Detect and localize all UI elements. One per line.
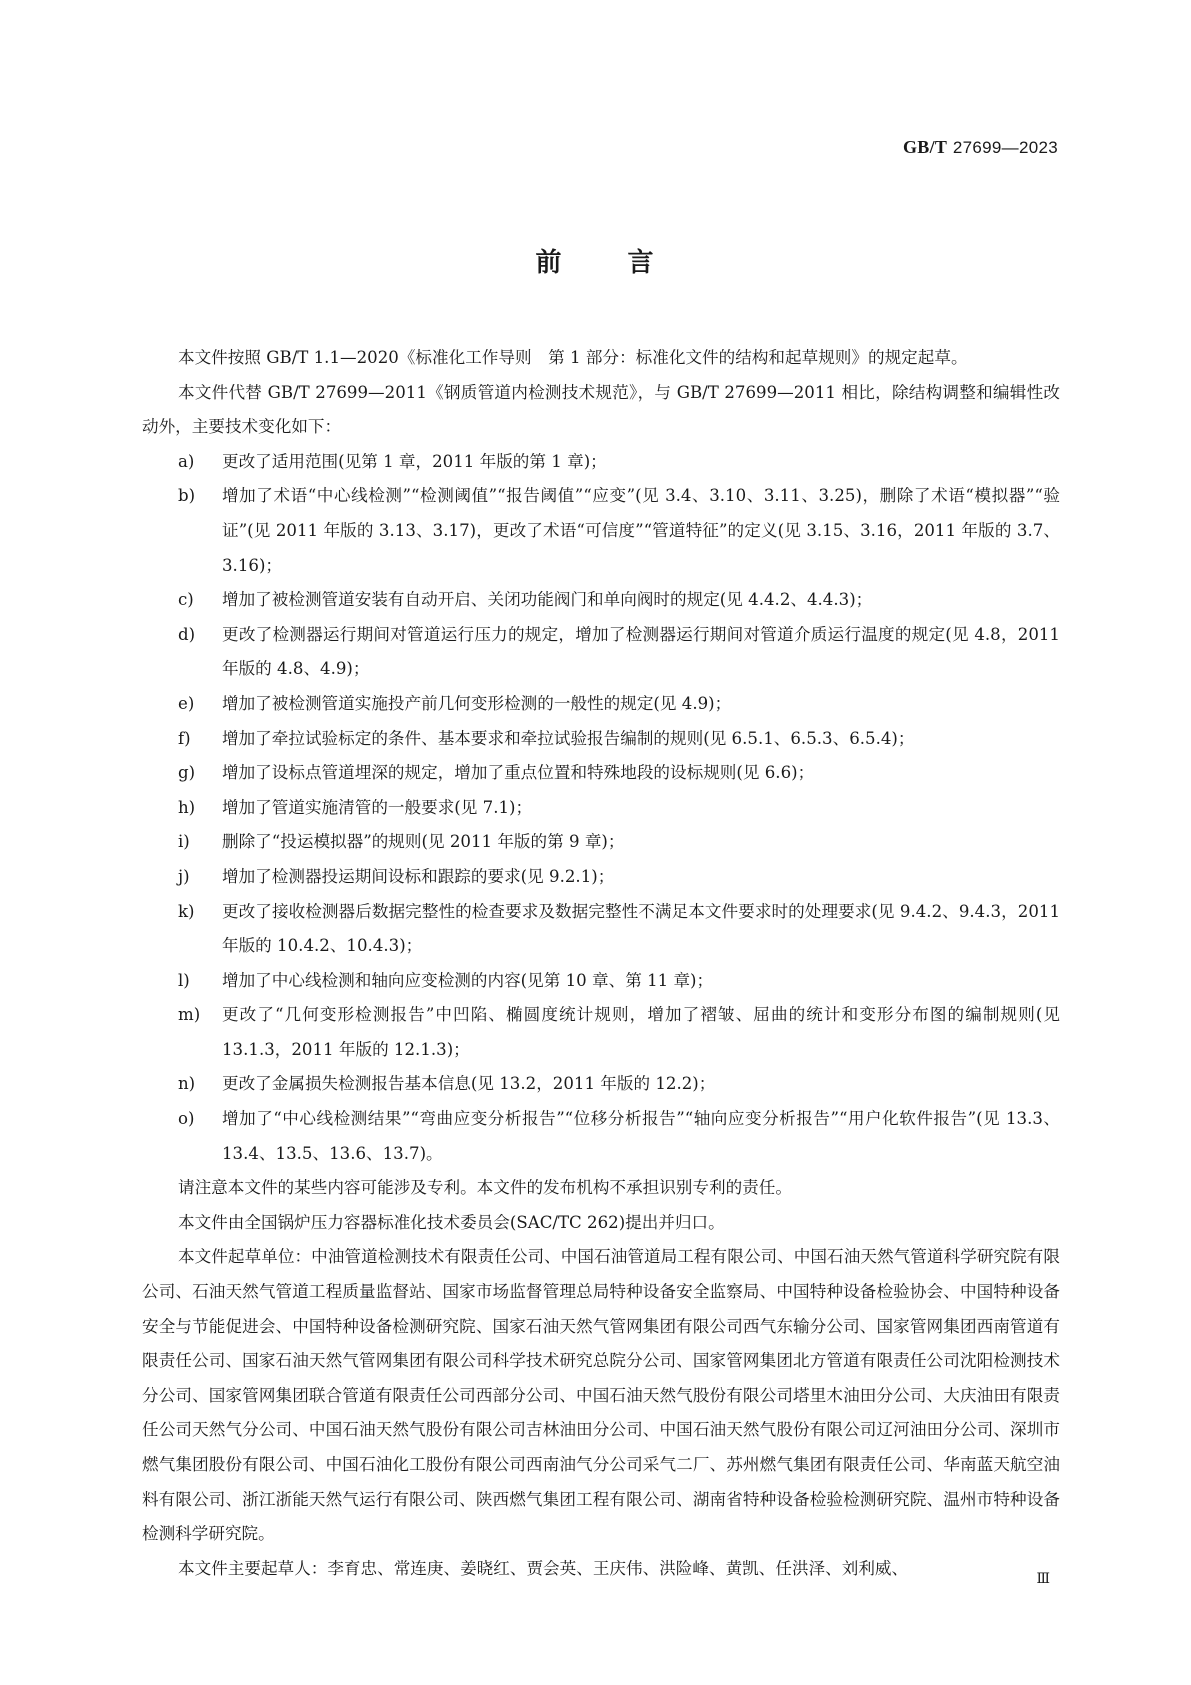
list-item-text: 增加了被检测管道实施投产前几何变形检测的一般性的规定(见 4.9)； bbox=[222, 687, 1060, 722]
list-item-text: 更改了接收检测器后数据完整性的检查要求及数据完整性不满足本文件要求时的处理要求(… bbox=[222, 895, 1060, 964]
list-item-label: j) bbox=[178, 860, 222, 895]
list-item-label: n) bbox=[178, 1067, 222, 1102]
list-item-label: a) bbox=[178, 445, 222, 480]
paragraph-patent-notice: 请注意本文件的某些内容可能涉及专利。本文件的发布机构不承担识别专利的责任。 bbox=[142, 1171, 1060, 1206]
list-item-text: 增加了被检测管道安装有自动开启、关闭功能阀门和单向阀时的规定(见 4.4.2、4… bbox=[222, 583, 1060, 618]
list-item: o)增加了“中心线检测结果”“弯曲应变分析报告”“位移分析报告”“轴向应变分析报… bbox=[142, 1102, 1060, 1171]
page-number: Ⅲ bbox=[1036, 1571, 1049, 1587]
list-item: c)增加了被检测管道安装有自动开启、关闭功能阀门和单向阀时的规定(见 4.4.2… bbox=[142, 583, 1060, 618]
list-item: l)增加了中心线检测和轴向应变检测的内容(见第 10 章、第 11 章)； bbox=[142, 964, 1060, 999]
list-item-label: b) bbox=[178, 479, 222, 583]
paragraph-replacement: 本文件代替 GB/T 27699—2011《钢质管道内检测技术规范》，与 GB/… bbox=[142, 376, 1060, 445]
list-item-text: 增加了检测器投运期间设标和跟踪的要求(见 9.2.1)； bbox=[222, 860, 1060, 895]
list-item: m)更改了“几何变形检测报告”中凹陷、椭圆度统计规则，增加了褶皱、屈曲的统计和变… bbox=[142, 998, 1060, 1067]
standard-code-number: 27699—2023 bbox=[953, 138, 1058, 157]
paragraph-drafters: 本文件主要起草人：李育忠、常连庚、姜晓红、贾会英、王庆伟、洪险峰、黄凯、任洪泽、… bbox=[142, 1552, 1060, 1587]
list-item: i)删除了“投运模拟器”的规则(见 2011 年版的第 9 章)； bbox=[142, 825, 1060, 860]
paragraph-drafting-units: 本文件起草单位：中油管道检测技术有限责任公司、中国石油管道局工程有限公司、中国石… bbox=[142, 1240, 1060, 1551]
list-item: j)增加了检测器投运期间设标和跟踪的要求(见 9.2.1)； bbox=[142, 860, 1060, 895]
list-item: h)增加了管道实施清管的一般要求(见 7.1)； bbox=[142, 791, 1060, 826]
list-item: n)更改了金属损失检测报告基本信息(见 13.2，2011 年版的 12.2)； bbox=[142, 1067, 1060, 1102]
list-item-label: d) bbox=[178, 618, 222, 687]
list-item-label: l) bbox=[178, 964, 222, 999]
title-char-2: 言 bbox=[628, 242, 656, 279]
list-item-text: 增加了“中心线检测结果”“弯曲应变分析报告”“位移分析报告”“轴向应变分析报告”… bbox=[222, 1102, 1060, 1171]
paragraph-proposer: 本文件由全国锅炉压力容器标准化技术委员会(SAC/TC 262)提出并归口。 bbox=[142, 1206, 1060, 1241]
list-item-label: e) bbox=[178, 687, 222, 722]
list-item-text: 增加了中心线检测和轴向应变检测的内容(见第 10 章、第 11 章)； bbox=[222, 964, 1060, 999]
list-item-text: 更改了金属损失检测报告基本信息(见 13.2，2011 年版的 12.2)； bbox=[222, 1067, 1060, 1102]
list-item-label: m) bbox=[178, 998, 222, 1067]
list-item-label: o) bbox=[178, 1102, 222, 1171]
list-item-text: 更改了适用范围(见第 1 章，2011 年版的第 1 章)； bbox=[222, 445, 1060, 480]
list-item: e)增加了被检测管道实施投产前几何变形检测的一般性的规定(见 4.9)； bbox=[142, 687, 1060, 722]
list-item-text: 增加了设标点管道埋深的规定，增加了重点位置和特殊地段的设标规则(见 6.6)； bbox=[222, 756, 1060, 791]
paragraph-drafting-rules: 本文件按照 GB/T 1.1—2020《标准化工作导则 第 1 部分：标准化文件… bbox=[142, 341, 1060, 376]
list-item-label: f) bbox=[178, 722, 222, 757]
title-char-1: 前 bbox=[535, 242, 563, 279]
page-title: 前言 bbox=[0, 242, 1191, 279]
list-item: d)更改了检测器运行期间对管道运行压力的规定，增加了检测器运行期间对管道介质运行… bbox=[142, 618, 1060, 687]
list-item-label: h) bbox=[178, 791, 222, 826]
standard-code-prefix: GB/T bbox=[903, 137, 947, 157]
standard-code: GB/T 27699—2023 bbox=[903, 137, 1058, 158]
list-item-label: k) bbox=[178, 895, 222, 964]
list-item-label: i) bbox=[178, 825, 222, 860]
list-item-text: 更改了“几何变形检测报告”中凹陷、椭圆度统计规则，增加了褶皱、屈曲的统计和变形分… bbox=[222, 998, 1060, 1067]
list-item: f)增加了牵拉试验标定的条件、基本要求和牵拉试验报告编制的规则(见 6.5.1、… bbox=[142, 722, 1060, 757]
list-item-text: 增加了牵拉试验标定的条件、基本要求和牵拉试验报告编制的规则(见 6.5.1、6.… bbox=[222, 722, 1060, 757]
list-item-text: 增加了术语“中心线检测”“检测阈值”“报告阈值”“应变”(见 3.4、3.10、… bbox=[222, 479, 1060, 583]
list-item-text: 增加了管道实施清管的一般要求(见 7.1)； bbox=[222, 791, 1060, 826]
list-item: g)增加了设标点管道埋深的规定，增加了重点位置和特殊地段的设标规则(见 6.6)… bbox=[142, 756, 1060, 791]
list-item: k)更改了接收检测器后数据完整性的检查要求及数据完整性不满足本文件要求时的处理要… bbox=[142, 895, 1060, 964]
changes-list: a)更改了适用范围(见第 1 章，2011 年版的第 1 章)； b)增加了术语… bbox=[142, 445, 1060, 1171]
list-item-text: 删除了“投运模拟器”的规则(见 2011 年版的第 9 章)； bbox=[222, 825, 1060, 860]
list-item-text: 更改了检测器运行期间对管道运行压力的规定，增加了检测器运行期间对管道介质运行温度… bbox=[222, 618, 1060, 687]
list-item: a)更改了适用范围(见第 1 章，2011 年版的第 1 章)； bbox=[142, 445, 1060, 480]
foreword-body: 本文件按照 GB/T 1.1—2020《标准化工作导则 第 1 部分：标准化文件… bbox=[142, 341, 1060, 1586]
list-item: b)增加了术语“中心线检测”“检测阈值”“报告阈值”“应变”(见 3.4、3.1… bbox=[142, 479, 1060, 583]
list-item-label: g) bbox=[178, 756, 222, 791]
list-item-label: c) bbox=[178, 583, 222, 618]
